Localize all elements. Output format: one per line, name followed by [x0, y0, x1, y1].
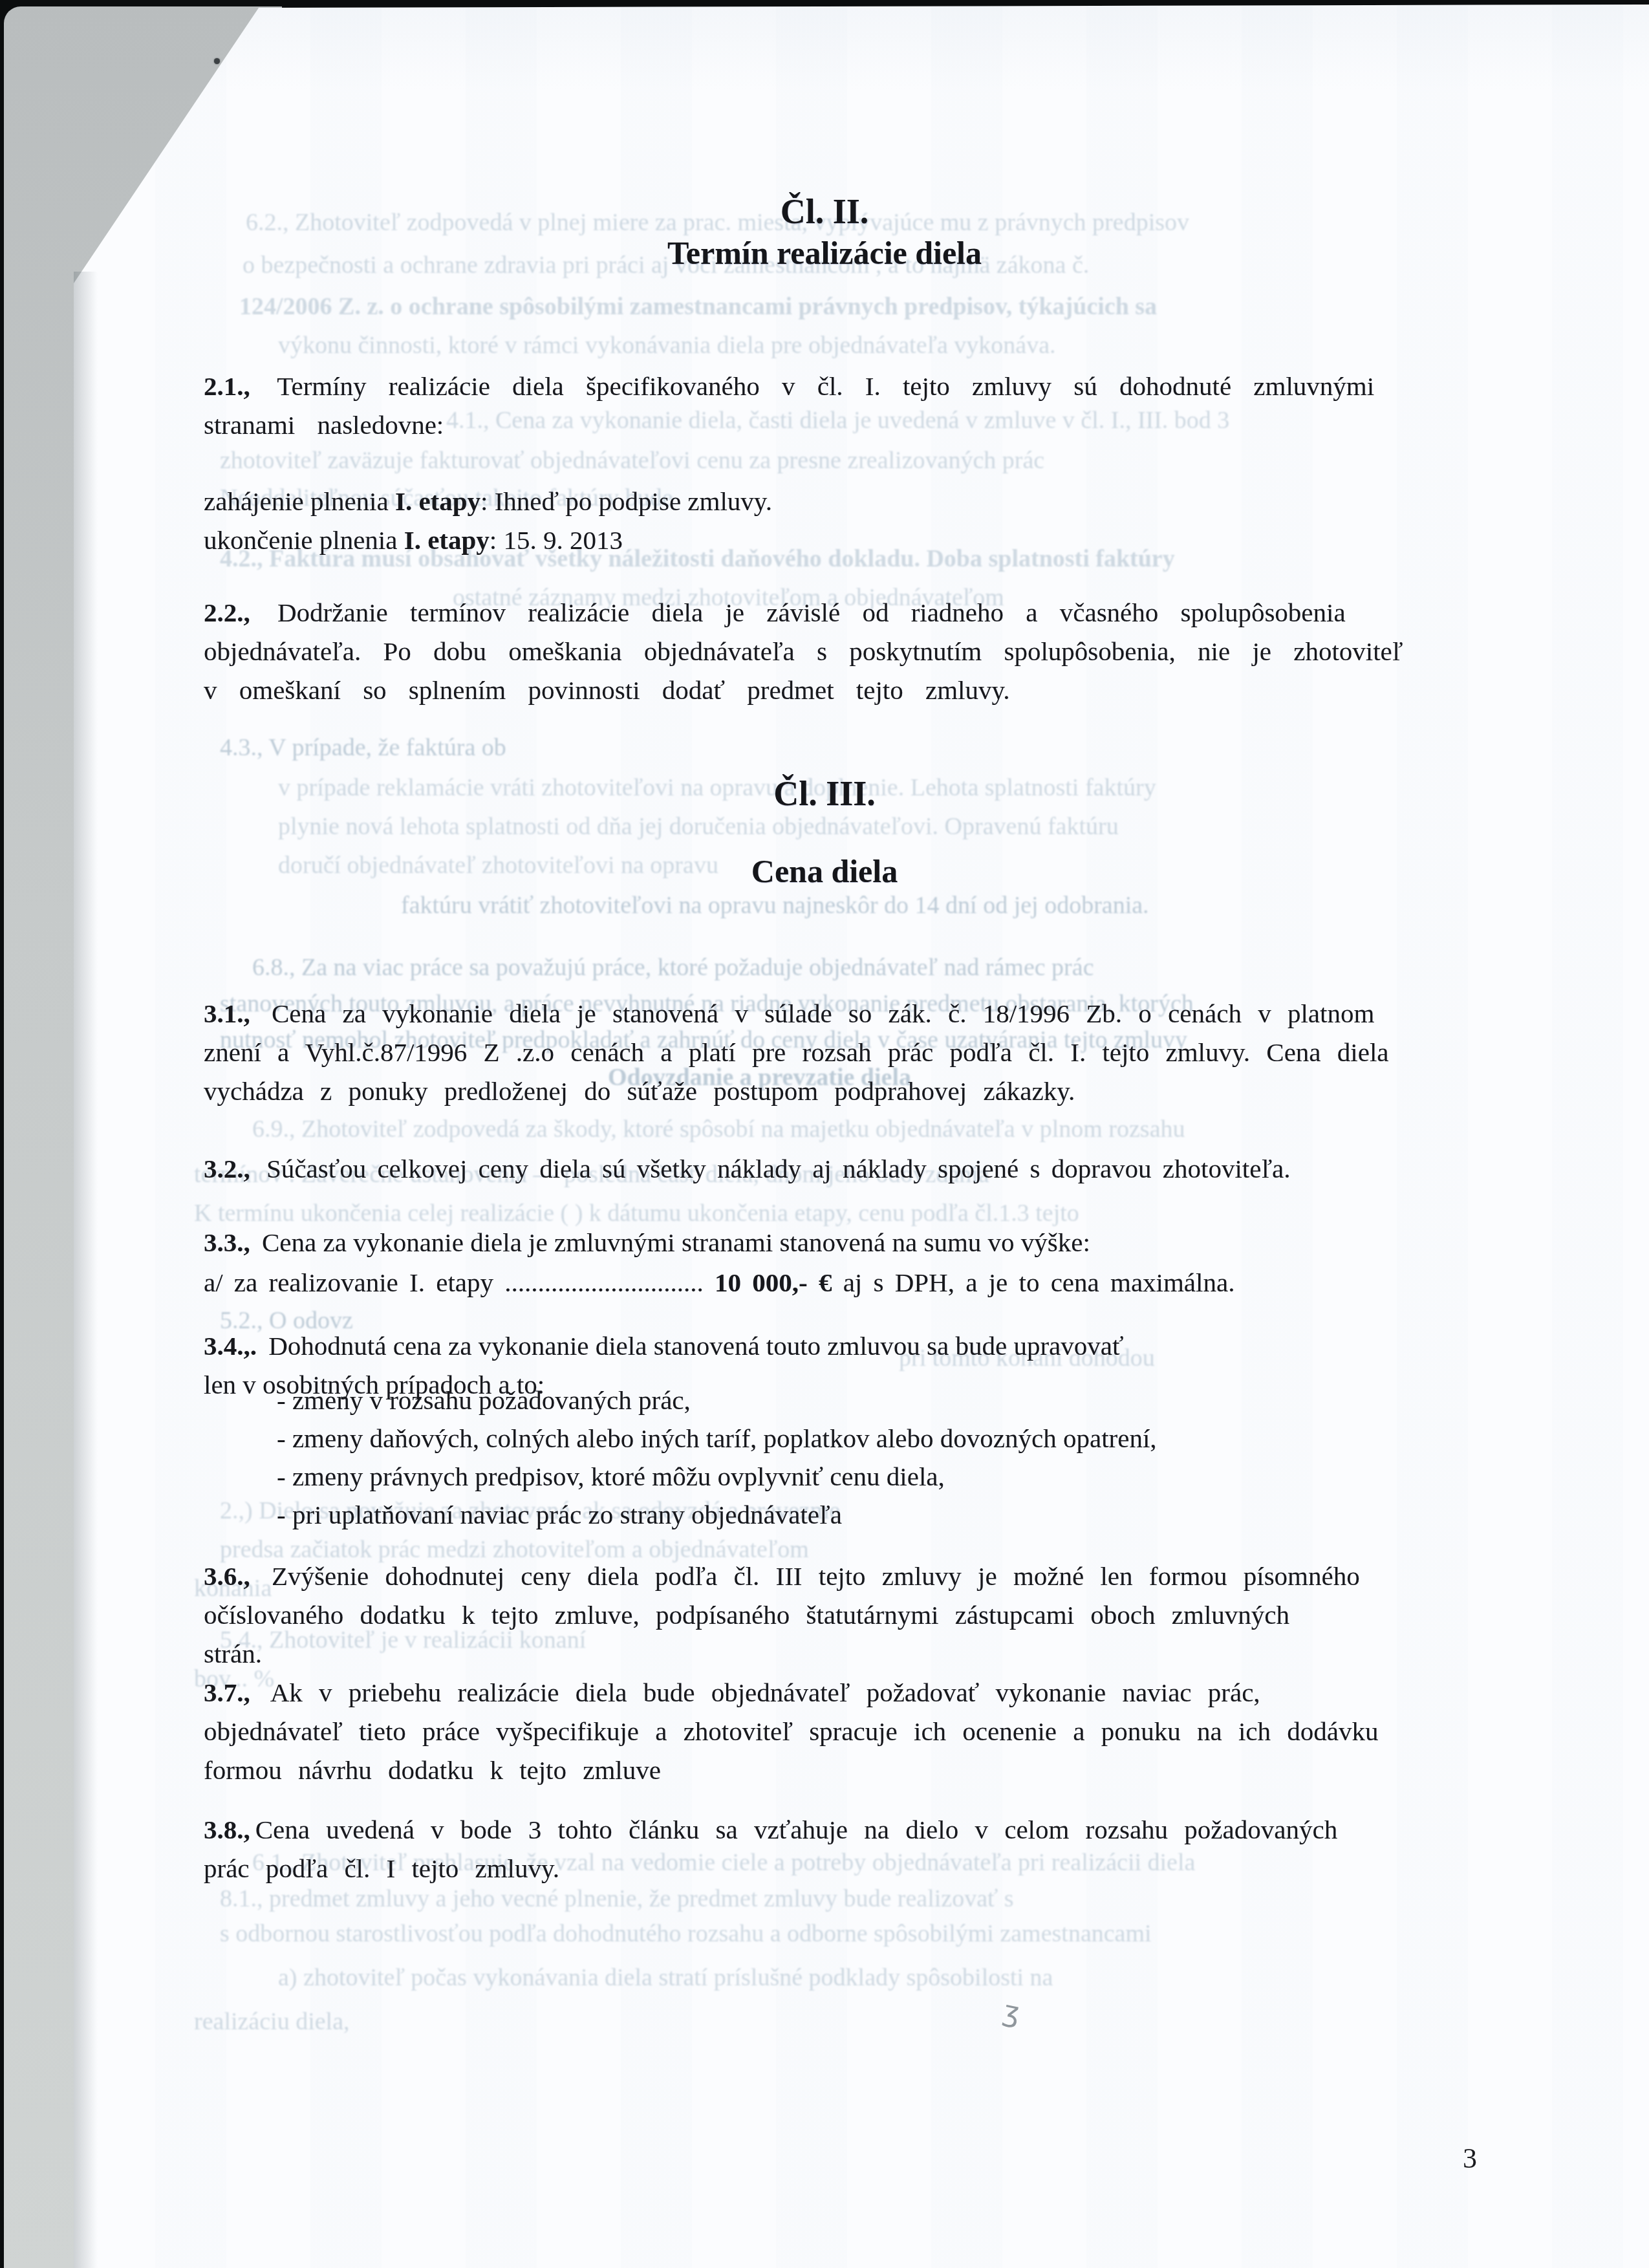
scan-speck	[214, 58, 220, 64]
stage-end-label: ukončenie plnenia	[204, 525, 404, 555]
page-edge-shadow	[74, 272, 103, 2268]
price-line: a/ za realizovanie I. etapy ............…	[204, 1263, 1563, 1302]
section-2-1-text: Termíny realizácie diela špecifikovaného…	[204, 371, 1374, 440]
section-3-6-text: Zvýšenie dohodnutej ceny diela podľa čl.…	[204, 1561, 1360, 1669]
section-2-2-number: 2.2.,	[204, 598, 250, 627]
article2-heading: Čl. II.	[145, 191, 1503, 232]
list-item: - zmeny právnych predpisov, ktoré môžu o…	[277, 1458, 1157, 1496]
pen-mark: ʒ	[1000, 1994, 1023, 2030]
article2-subheading: Termín realizácie diela	[145, 234, 1503, 272]
section-3-3-text: Cena za vykonanie diela je zmluvnými str…	[255, 1227, 1090, 1257]
article3-heading: Čl. III.	[145, 773, 1503, 814]
section-3-8-text: Cena uvedená v bode 3 tohto článku sa vz…	[204, 1815, 1337, 1883]
section-3-7-number: 3.7.,	[204, 1678, 250, 1707]
section-2-2: 2.2., Dodržanie termínov realizácie diel…	[204, 593, 1563, 709]
stage-end-value: : 15. 9. 2013	[490, 525, 623, 555]
bleedthrough-line: a) zhotoviteľ počas vykonávania diela st…	[278, 1960, 1546, 1996]
list-item: - zmeny daňových, colných alebo iných ta…	[277, 1420, 1157, 1458]
section-2-1: 2.1., Termíny realizácie diela špecifiko…	[204, 367, 1563, 444]
bleedthrough-line: realizáciu diela,	[194, 2003, 582, 2040]
section-3-2-text: Súčasťou celkovej ceny diela sú všetky n…	[255, 1154, 1291, 1183]
section-3-7-text: Ak v priebehu realizácie diela bude obje…	[204, 1678, 1378, 1785]
bleedthrough-line: výkonu činnosti, ktoré v rámci vykonávan…	[278, 327, 1546, 363]
bleedthrough-line: s odbornou starostlivosťou podľa dohodnu…	[220, 1916, 1584, 1952]
section-3-6: 3.6., Zvýšenie dohodnutej ceny diela pod…	[204, 1557, 1563, 1673]
section-3-8: 3.8.,Cena uvedená v bode 3 tohto článku …	[204, 1810, 1563, 1888]
price-line-label: a/ za realizovanie I. etapy	[204, 1268, 504, 1297]
page-number: 3	[1463, 2142, 1477, 2175]
section-3-4-number: 3.4.,.	[204, 1331, 257, 1361]
list-item: - pri uplatňovaní naviac prác zo strany …	[277, 1496, 1157, 1534]
section-3-2-number: 3.2.,	[204, 1154, 250, 1183]
section-3-2: 3.2., Súčasťou celkovej ceny diela sú vš…	[204, 1149, 1563, 1188]
section-3-1-number: 3.1.,	[204, 999, 250, 1028]
stage-start-value: : Ihneď po podpise zmluvy.	[480, 486, 772, 516]
bleedthrough-line: plynie nová lehota splatnosti od dňa jej…	[278, 808, 1571, 845]
bleedthrough-line: 4.3., V prípade, že faktúra ob	[220, 729, 802, 766]
section-3-4-list: - zmeny v rozsahu požadovaných prác, - z…	[277, 1381, 1157, 1534]
price-amount: 10 000,- €	[704, 1268, 843, 1297]
price-line-suffix: aj s DPH, a je to cena maximálna.	[843, 1268, 1235, 1297]
section-3-1-text: Cena za vykonanie diela je stanovená v s…	[204, 999, 1389, 1106]
section-2-2-text: Dodržanie termínov realizácie diela je z…	[204, 598, 1403, 705]
section-3-3-number: 3.3.,	[204, 1227, 250, 1257]
stage-start-line: zahájenie plnenia I. etapy: Ihneď po pod…	[204, 482, 1563, 521]
section-3-6-number: 3.6.,	[204, 1561, 250, 1591]
article3-subheading: Cena diela	[145, 852, 1503, 890]
stage-start-label: zahájenie plnenia	[204, 486, 395, 516]
bleedthrough-line: zhotoviteľ zaväzuje fakturovať objednáva…	[220, 442, 1571, 479]
price-line-dots: ..............................	[504, 1268, 704, 1297]
section-3-7: 3.7., Ak v priebehu realizácie diela bud…	[204, 1673, 1563, 1789]
section-3-3: 3.3., Cena za vykonanie diela je zmluvný…	[204, 1223, 1563, 1262]
bleedthrough-line: 6.9., Zhotoviteľ zodpovedá za škody, kto…	[252, 1111, 1571, 1147]
stage-end-label-bold: I. etapy	[404, 525, 490, 555]
bleedthrough-line: 6.8., Za na viac práce sa považujú práce…	[252, 949, 1571, 986]
list-item: - zmeny v rozsahu požadovaných prác,	[277, 1381, 1157, 1420]
section-2-1-number: 2.1.,	[204, 371, 250, 401]
stage-end-line: ukončenie plnenia I. etapy: 15. 9. 2013	[204, 521, 1563, 559]
section-3-1: 3.1., Cena za vykonanie diela je stanove…	[204, 994, 1563, 1110]
section-3-8-number: 3.8.,	[204, 1815, 250, 1844]
stage-start-label-bold: I. etapy	[395, 486, 480, 516]
bleedthrough-line: 124/2006 Z. z. o ochrane spôsobilými zam…	[239, 288, 1571, 325]
document-page: 6.2., Zhotoviteľ zodpovedá v plnej miere…	[0, 0, 1649, 2268]
bleedthrough-line: faktúru vrátiť zhotoviteľovi na opravu n…	[401, 887, 1571, 923]
